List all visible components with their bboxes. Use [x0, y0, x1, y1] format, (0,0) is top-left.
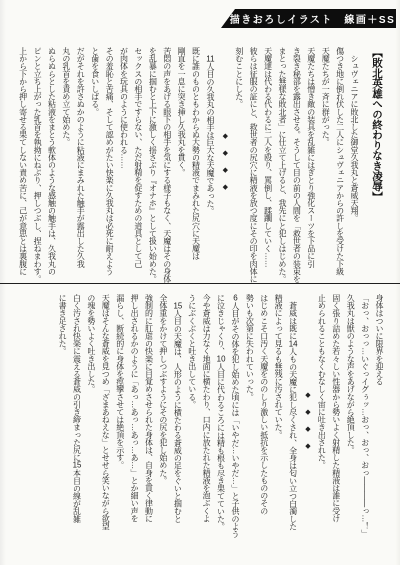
text-column: 全体重をかけて押しつぶすようにその尻を犯し始めた。 — [156, 294, 170, 556]
text-column: 苦悶の声をあげる眼下の相手を気にする様子もなく、天魔はその身体 — [159, 47, 173, 284]
text-column: セックスの相手ですらない、ただ射精を促すための道具として己 — [131, 47, 145, 284]
bottom-text-block: 身体はついに限界を迎える「おっ、おっっ…いぐっイグぅッ…おっ、おっ、おっ――――… — [55, 294, 386, 556]
text-column: 11人目の久我丸の相手は巨大な天魔であった。 — [203, 47, 217, 284]
diamond-glyphs: ◆◆◆◆ — [300, 391, 314, 459]
text-column: 刻むことにした。 — [231, 47, 245, 284]
top-text-block: 【敗北英雄への終わりなき凌辱】 シュヴェニアに敗北した御堂久我丸と蒼威天翔。傷つ… — [15, 47, 386, 284]
diamond-separator: ◆◆◆◆ — [217, 47, 231, 284]
text-column: 天魔たちは憎き敵の装具を乱雑にはぎとり強化スーツを下品に引 — [303, 47, 317, 284]
text-column: 白く汚され快楽に震える蒼威の引き締まった尻に15本目の線が乱雑 — [69, 294, 83, 556]
text-column: 今や蒼威は力なく地面に横たわり、口内に放たれた精液を泡ぶくよ — [199, 294, 213, 556]
text-column: 久我丸は獣のような声をあげながら絶頂した。 — [343, 294, 357, 556]
text-column: 強制的に肛虐の快楽に目覚めさせられた身体は、自身を貫く律動に — [141, 294, 155, 556]
text-column: が肉体を玩具のように使われる…… — [116, 47, 130, 284]
text-column: に泣きじゃくり、10人目に代わるころには精も根も尽き果てていた。 — [213, 294, 227, 556]
text-column: 蒼威は既に14人もの天魔に犯し尽くされ、全身は匂い立つ白濁した — [285, 294, 299, 556]
text-column: 彼らは征服の証にと、救世者の尻穴に精液を放つ度にその印を肉体に — [246, 47, 260, 284]
text-column: と歯を食いしばる。 — [87, 47, 101, 284]
text-column: 天魔達は代わる代わるに二人を殴り、罵倒し、蹂躙していく…… — [260, 47, 274, 284]
section-divider — [0, 283, 400, 284]
text-column: 15人目の天魔は、人形のように横たわる蒼威の足をぐいと掴むと — [170, 294, 184, 556]
text-column: 傷つき地に倒れ伏した二人にシュヴェニアからの許しを受けた下級 — [332, 47, 346, 284]
text-column: はじめこそ口汚く天魔をののしり激しい抵抗を示したもののその — [256, 294, 270, 556]
text-column: シュヴェニアに敗北した御堂久我丸と蒼威天翔。 — [347, 47, 361, 284]
text-column: まとった無様な敗北者」に仕立て上げると、我先にと犯しはじめた。 — [275, 47, 289, 284]
text-column: ピンと立ち上がった乳首を執拗にねぶり、押しつぶし、捏ねまわす。 — [30, 47, 44, 284]
text-column: うにぶくぶくと吐き出している。 — [184, 294, 198, 556]
diamond-separator: ◆◆◆◆ — [300, 294, 314, 556]
text-column: 身体はついに限界を迎える — [372, 294, 386, 556]
text-column: ぬらぬらとした粘液をまとう軟体のような感触の触手は、久我丸の — [44, 47, 58, 284]
text-column: き裂き秘部を露出させる。そうして目の前の人間を「救世者の装束を — [289, 47, 303, 284]
story-title: 【敗北英雄への終わりなき凌辱】 — [367, 47, 386, 284]
text-column: に書き足された。 — [55, 294, 69, 556]
text-column: 「おっ、おっっ…いぐっイグぅッ…おっ、おっ、おっ――――っ…！」 — [357, 294, 371, 556]
text-column: 勢いも次第に失われていった。 — [242, 294, 256, 556]
text-column: 精液によって見るも無残に汚されていた。 — [271, 294, 285, 556]
text-column: 天魔たちが一斉に群がった。 — [318, 47, 332, 284]
text-column: 固く張り詰めた若々しい性器から勢いよく射精した精液は誰に受け — [328, 294, 342, 556]
text-column: その羞恥と苦痛、そして認めがたい快楽に久我丸は必死に耐えよう — [102, 47, 116, 284]
text-column: の塊を勢いよく吐き出した。 — [83, 294, 97, 556]
text-column: 止められることもなくむなしく宙に吐き出された。 — [314, 294, 328, 556]
text-column: 漏らし、断続的に身体を痙攣させては絶頂を示す。 — [112, 294, 126, 556]
text-column: 上から下から押し寄せる果てしない責め苦に、己が意思とは裏腹に — [15, 47, 29, 284]
text-column: 天魔はそんな蒼威を見つめ「ざまあねえな」とせせら笑いながら欲望 — [98, 294, 112, 556]
text-column: 剛直を一息に突き挿し久我丸を貫く。 — [174, 47, 188, 284]
header-banner: 描きおろしイラスト 線画＋SS — [221, 9, 396, 28]
text-column: 既に誰のものともわからぬ大勢の精液でまみれた尻穴に天魔は — [188, 47, 202, 284]
text-column: を乱暴に掴むと上下に激しく揺さぶり『オナホ』として扱い始めた。 — [145, 47, 159, 284]
header-banner-label: 描きおろしイラスト 線画＋SS — [230, 11, 396, 26]
text-column: 押し出されるかのように「あっ…あっ…あっ…あ…」とか細い声を — [127, 294, 141, 556]
diamond-glyphs: ◆◆◆◆ — [217, 132, 231, 200]
text-column: だがそれを許さぬかのように粘液にまみれた触手が露出した久我 — [73, 47, 87, 284]
scanned-page: 描きおろしイラスト 線画＋SS 【敗北英雄への終わりなき凌辱】 シュヴェニアに敗… — [0, 0, 400, 565]
text-column: 丸の乳首を責め立て始めた。 — [58, 47, 72, 284]
text-column: 6人目がその体を犯し始めた頃には「いやだ…いやだ…」と子供のよう — [228, 294, 242, 556]
